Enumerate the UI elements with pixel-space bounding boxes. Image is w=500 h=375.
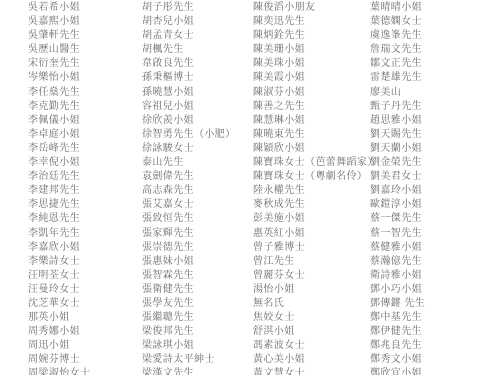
donor-name: 李幸倪小姐: [28, 156, 90, 170]
donor-name: 張繼聰先生: [142, 311, 236, 325]
donor-name: 梁愛詩太平紳士: [142, 353, 236, 367]
donor-name: 胡子彤先生: [142, 1, 236, 15]
donor-name: 張致恒先生: [142, 212, 236, 226]
donor-name: 鄧傳鏘 先生: [370, 297, 425, 311]
donor-name: 陳寶珠女士（芭蕾舞蹈家）: [253, 156, 378, 170]
donor-name: 周秀娜小姐: [28, 325, 90, 339]
donor-name: 陳美珊小姐: [253, 43, 378, 57]
donor-name: 舒淇小姐: [253, 325, 378, 339]
donor-name: 吳肇軒先生: [28, 29, 90, 43]
donor-name: 詹瑞文先生: [370, 43, 425, 57]
donor-name: 鄭秀文小姐: [370, 353, 425, 367]
donor-name: 葉晴晴小姐: [370, 1, 425, 15]
donor-name: 湯怡小姐: [253, 283, 378, 297]
donor-name: 高志森先生: [142, 184, 236, 198]
donor-name: 周迅小姐: [28, 339, 90, 353]
donor-name: 汪明荃女士: [28, 269, 90, 283]
donor-name: 鄒文正先生: [370, 57, 425, 71]
donor-name: 容祖兒小姐: [142, 100, 236, 114]
donor-name: 蔡一智先生: [370, 227, 425, 241]
donor-name: 孫秉樞博士: [142, 71, 236, 85]
donor-name: 張智霖先生: [142, 269, 236, 283]
donor-name: 劉金榮先生: [370, 156, 425, 170]
donor-name: 泰山先生: [142, 156, 236, 170]
donor-name: 陸永權先生: [253, 184, 378, 198]
donor-name: 陳美珠小姐: [253, 57, 378, 71]
donor-name: 梁詠琪小姐: [142, 339, 236, 353]
donor-name: 陳穎欣小姐: [253, 142, 378, 156]
donor-name: 曾麗芬女士: [253, 269, 378, 283]
donor-name: 蔡一傑先生: [370, 212, 425, 226]
donor-name: 陳俊滔小朋友: [253, 1, 378, 15]
donor-name: 葉德嫻女士: [370, 15, 425, 29]
donor-name: 甄子丹先生: [370, 100, 425, 114]
donor-name: 曾子雅博士: [253, 241, 378, 255]
donor-name: 鄭兆良先生: [370, 339, 425, 353]
donor-name: 李克勤先生: [28, 100, 90, 114]
donor-name: 馮素波女士: [253, 339, 378, 353]
donor-name: 李佩儀小姐: [28, 114, 90, 128]
donor-name: 陳慧琳小姐: [253, 114, 378, 128]
donor-name: 麥秋成先生: [253, 198, 378, 212]
donor-name: 蔡健雅小姐: [370, 241, 425, 255]
name-column-1: 吳若希小姐吳嘉熙小姐吳肇軒先生吳歷山醫生宋衍奎先生岑樂怡小姐李任燊先生李克勤先生…: [28, 1, 90, 375]
donor-name: 惠英紅小姐: [253, 227, 378, 241]
donor-name: 陳善之先生: [253, 100, 378, 114]
donor-name: 李治廷先生: [28, 170, 90, 184]
donor-name: 張惠妹小姐: [142, 255, 236, 269]
name-column-4: 葉晴晴小姐葉德嫻女士虞逸峯先生詹瑞文先生鄒文正先生雷楚雄先生廖美山甄子丹先生趙思…: [370, 1, 425, 375]
donor-name: 徐欣羨小姐: [142, 114, 236, 128]
donor-name: 周婉芬博士: [28, 353, 90, 367]
donor-name: 徐詠駿女士: [142, 142, 236, 156]
donor-name: 陳奕迅先生: [253, 15, 378, 29]
donor-name: 張崇德先生: [142, 241, 236, 255]
donor-name: 鄧小巧小姐: [370, 283, 425, 297]
donor-name: 彭美施小姐: [253, 212, 378, 226]
donor-name: 衛詩雅小姐: [370, 269, 425, 283]
donor-name: 無名氏: [253, 297, 378, 311]
donor-name: 李嘉欣小姐: [28, 241, 90, 255]
donor-name: 胡楓先生: [142, 43, 236, 57]
donor-name: 廖美山: [370, 86, 425, 100]
donor-name: 胡孟青女士: [142, 29, 236, 43]
donor-name: 歐鎧淳小姐: [370, 198, 425, 212]
donor-name: 吳歷山醫生: [28, 43, 90, 57]
donor-name: 張學友先生: [142, 297, 236, 311]
donor-name: 蔡瀚億先生: [370, 255, 425, 269]
donor-name: 劉嘉玲小姐: [370, 184, 425, 198]
donor-name: 陳寶珠女士（粵劇名伶）: [253, 170, 378, 184]
donor-name: 張家輝先生: [142, 227, 236, 241]
donor-name: 曾江先生: [253, 255, 378, 269]
donor-name: 焦姣女士: [253, 311, 378, 325]
donor-name: 梁俊邦先生: [142, 325, 236, 339]
donor-name: 李任燊先生: [28, 86, 90, 100]
acknowledgement-name-list-page: 吳若希小姐吳嘉熙小姐吳肇軒先生吳歷山醫生宋衍奎先生岑樂怡小姐李任燊先生李克勤先生…: [0, 0, 500, 375]
donor-name: 陳美霞小姐: [253, 71, 378, 85]
donor-name: 李建邦先生: [28, 184, 90, 198]
donor-name: 宋衍奎先生: [28, 57, 90, 71]
donor-name: 李卓庭小姐: [28, 128, 90, 142]
donor-name: 劉天賜先生: [370, 128, 425, 142]
donor-name: 那英小姐: [28, 311, 90, 325]
donor-name: 李凱年先生: [28, 227, 90, 241]
donor-name: 陳淑芬小姐: [253, 86, 378, 100]
donor-name: 岑樂怡小姐: [28, 71, 90, 85]
donor-name: 趙思雅小姐: [370, 114, 425, 128]
donor-name: 汪曼玲女士: [28, 283, 90, 297]
donor-name: 鄭伊健先生: [370, 325, 425, 339]
name-column-2: 胡子彤先生胡杏兒小姐胡孟青女士胡楓先生韋啟良先生孫秉樞博士孫曉慧小姐容祖兒小姐徐…: [142, 1, 236, 375]
donor-name: 徐智勇先生（小肥）: [142, 128, 236, 142]
donor-name: 張衛健先生: [142, 283, 236, 297]
donor-name: 李岳峰先生: [28, 142, 90, 156]
donor-name: 李思捷先生: [28, 198, 90, 212]
donor-name: 鄭欣宜小姐: [370, 367, 425, 375]
donor-name: 張艾嘉女士: [142, 198, 236, 212]
donor-name: 虞逸峯先生: [370, 29, 425, 43]
donor-name: 黃文慧女士: [253, 367, 378, 375]
donor-name: 吳若希小姐: [28, 1, 90, 15]
donor-name: 沈芝華女士: [28, 297, 90, 311]
donor-name: 雷楚雄先生: [370, 71, 425, 85]
donor-name: 陳曉東先生: [253, 128, 378, 142]
donor-name: 孫曉慧小姐: [142, 86, 236, 100]
donor-name: 李樂詩女士: [28, 255, 90, 269]
donor-name: 陳炳銓先生: [253, 29, 378, 43]
donor-name: 李純恩先生: [28, 212, 90, 226]
donor-name: 梁漢文先生: [142, 367, 236, 375]
donor-name: 胡杏兒小姐: [142, 15, 236, 29]
name-column-3: 陳俊滔小朋友陳奕迅先生陳炳銓先生陳美珊小姐陳美珠小姐陳美霞小姐陳淑芬小姐陳善之先…: [253, 1, 378, 375]
donor-name: 黃心美小姐: [253, 353, 378, 367]
donor-name: 袁劍偉先生: [142, 170, 236, 184]
donor-name: 韋啟良先生: [142, 57, 236, 71]
donor-name: 劉美君女士: [370, 170, 425, 184]
donor-name: 劉天蘭小姐: [370, 142, 425, 156]
donor-name: 周梁淑怡女士: [28, 367, 90, 375]
donor-name: 鄭中基先生: [370, 311, 425, 325]
donor-name: 吳嘉熙小姐: [28, 15, 90, 29]
